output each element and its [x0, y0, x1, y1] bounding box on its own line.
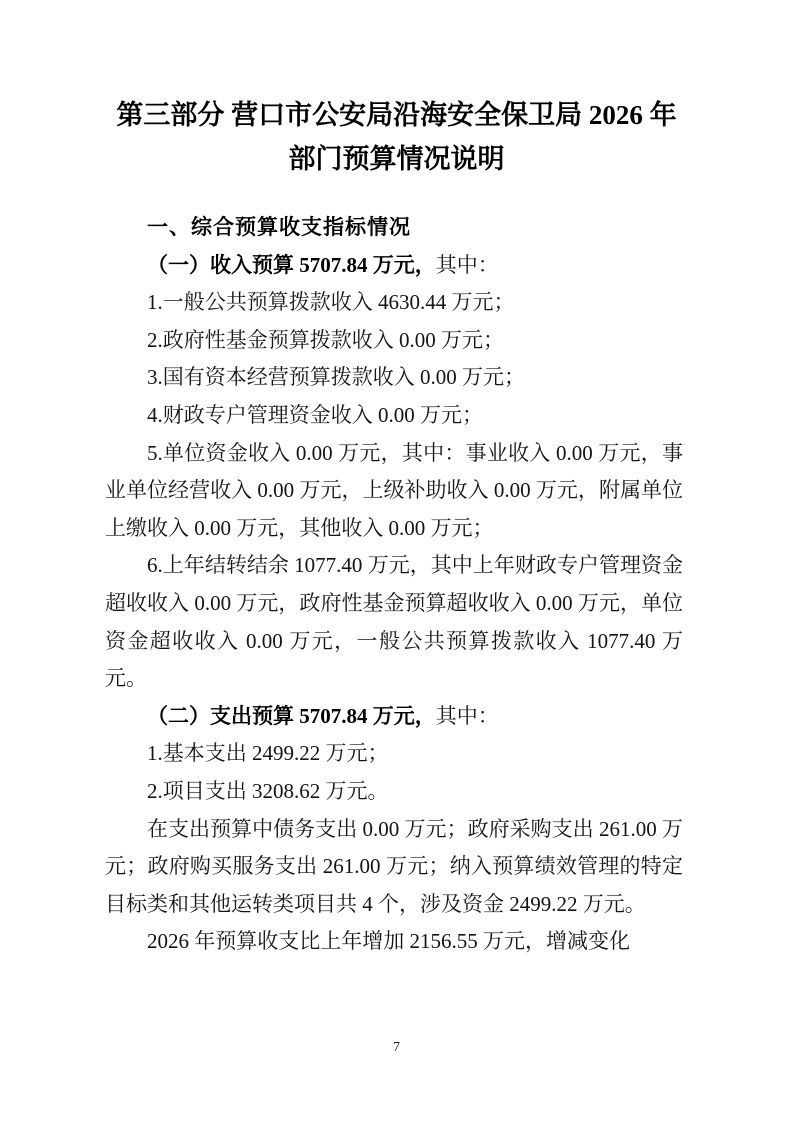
income-budget-lead: （一）收入预算 5707.84 万元， [147, 253, 436, 277]
income-item-5: 5.单位资金收入 0.00 万元，其中：事业收入 0.00 万元，事业单位经营收… [105, 435, 683, 548]
expense-budget-heading: （二）支出预算 5707.84 万元，其中： [105, 698, 683, 736]
income-item-2: 2.政府性基金预算拨款收入 0.00 万元； [105, 322, 683, 360]
document-title-line1: 第三部分 营口市公安局沿海安全保卫局 2026 年 [60, 93, 733, 137]
expense-item-1: 1.基本支出 2499.22 万元； [105, 735, 683, 773]
income-item-3: 3.国有资本经营预算拨款收入 0.00 万元； [105, 359, 683, 397]
section-heading-budget-indicators: 一、综合预算收支指标情况 [105, 209, 683, 247]
expense-item-2: 2.项目支出 3208.62 万元。 [105, 773, 683, 811]
expense-detail-paragraph: 在支出预算中债务支出 0.00 万元；政府采购支出 261.00 万元；政府购买… [105, 811, 683, 924]
document-page: 第三部分 营口市公安局沿海安全保卫局 2026 年 部门预算情况说明 一、综合预… [0, 0, 793, 1122]
income-item-6: 6.上年结转结余 1077.40 万元，其中上年财政专户管理资金超收收入 0.0… [105, 547, 683, 697]
income-budget-heading: （一）收入预算 5707.84 万元，其中： [105, 247, 683, 285]
document-title: 第三部分 营口市公安局沿海安全保卫局 2026 年 部门预算情况说明 [60, 93, 733, 181]
expense-budget-lead: （二）支出预算 5707.84 万元， [147, 704, 436, 728]
income-budget-tail: 其中： [436, 253, 499, 277]
page-number: 7 [0, 1038, 793, 1058]
income-item-4: 4.财政专户管理资金收入 0.00 万元； [105, 397, 683, 435]
document-body: 一、综合预算收支指标情况 （一）收入预算 5707.84 万元，其中： 1.一般… [105, 209, 683, 961]
income-item-1: 1.一般公共预算拨款收入 4630.44 万元； [105, 284, 683, 322]
document-title-line2: 部门预算情况说明 [60, 137, 733, 181]
budget-change-note: 2026 年预算收支比上年增加 2156.55 万元，增减变化 [105, 923, 683, 961]
expense-budget-tail: 其中： [436, 704, 499, 728]
